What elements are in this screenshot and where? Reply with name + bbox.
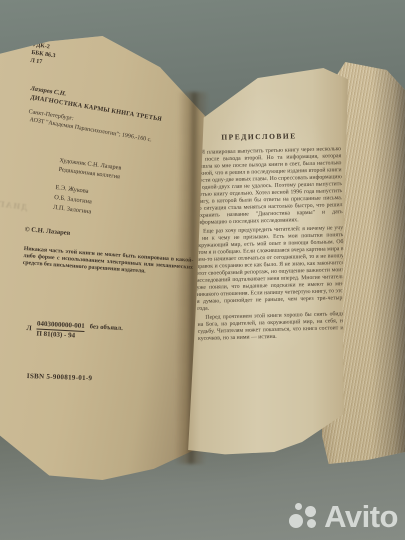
preface-heading: ПРЕДИСЛОВИЕ <box>184 131 334 143</box>
rights-notice: Никакая часть этой книги не может быть к… <box>22 246 193 279</box>
avito-logo-icon <box>289 503 318 530</box>
isbn-line: ISBN 5-900819-01-9 <box>27 372 93 382</box>
preface-paragraph: Я планировал выпустить третью книгу чере… <box>193 146 343 227</box>
credits-block: Художник С.Н. Лазарев Редакционная колле… <box>58 156 122 181</box>
copyright-line: © С.Н. Лазарев <box>24 226 70 237</box>
catalog-letter: Л <box>26 324 32 332</box>
catalog-suffix: без объявл. <box>90 323 123 332</box>
preface-text: Я планировал выпустить третью книгу чере… <box>193 146 346 345</box>
avito-watermark: Avito <box>289 501 398 532</box>
preface-paragraph: Перед прочтением этой книги хорошо бы сн… <box>197 311 346 343</box>
catalog-denominator: П 81(03) - 94 <box>36 329 75 339</box>
avito-brand-text: Avito <box>324 501 398 532</box>
book-photo: ДИАГНОСТИКА КАРМЫ УДК-2 ББК 86.3 Л 17 Ла… <box>0 0 405 540</box>
catalog-index: Л 0403000000-001 П 81(03) - 94 без объяв… <box>26 319 123 342</box>
ghost-showthrough-text: ДИАГНОСТИКА КАРМЫ <box>0 186 28 212</box>
preface-paragraph: Еще раз хочу предупредить читателей: я н… <box>195 225 345 313</box>
publisher-line: АОЗТ "Академия Парапсихологии"; 1996.-16… <box>29 117 152 143</box>
editors-list: Е.Э. Жукова О.Б. Залогина Л.П. Залогина <box>52 183 94 217</box>
catalog-fraction: 0403000000-001 П 81(03) - 94 <box>36 320 85 340</box>
right-page: ПРЕДИСЛОВИЕ Я планировал выпустить треть… <box>184 64 348 464</box>
book-title-line: ДИАГНОСТИКА КАРМЫ КНИГА ТРЕТЬЯ <box>30 94 162 123</box>
